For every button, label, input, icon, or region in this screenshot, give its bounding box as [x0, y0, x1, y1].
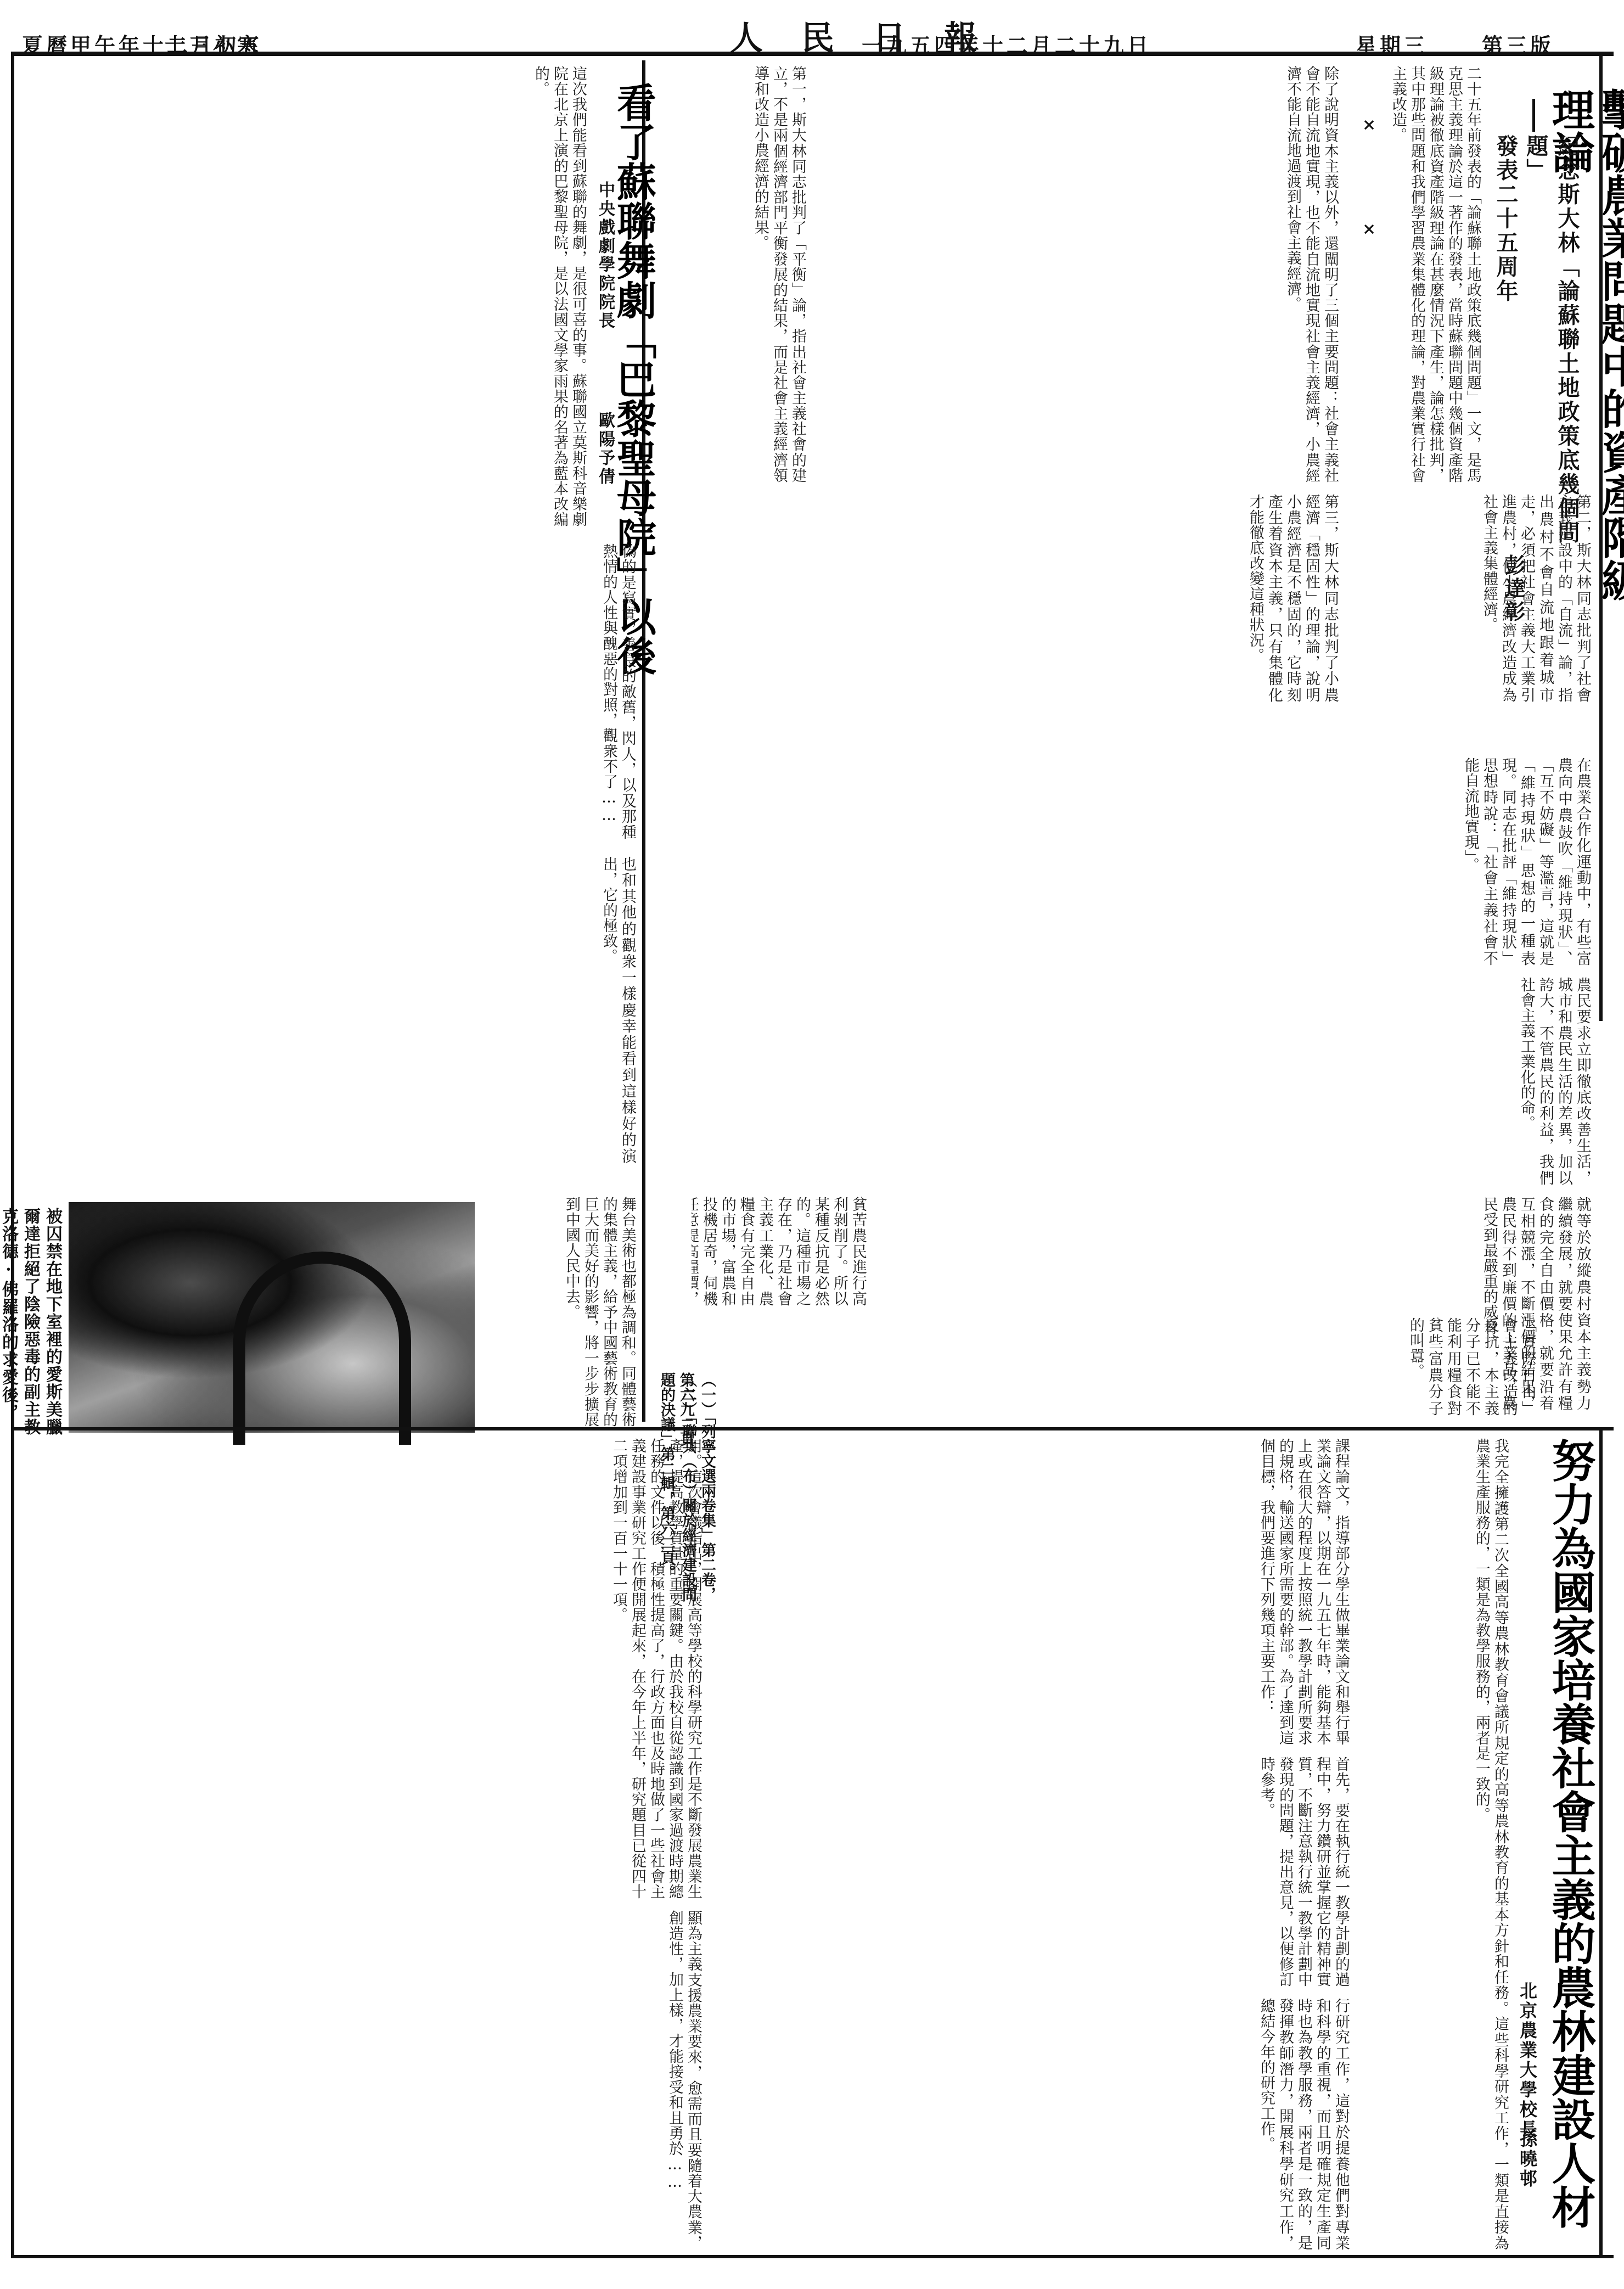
main-article-body-6: 農民要求立即徹底改善生活，城市和農民生活的差異，加以誇大，不管農民的利益，我們社…: [692, 977, 1592, 1186]
main-article-body-3: 第二，斯大林同志批判了社會主義建設中的「自流」論，指出農村不會自流地跟着城市走，…: [1345, 494, 1592, 703]
education-author: 孫曉邨: [1515, 2130, 1540, 2189]
main-article-body-4: 第三，斯大林同志批判了小農經濟「穩固性」的理論，說明小農經濟是不穩固的，它時刻產…: [692, 494, 1339, 703]
main-article-body-2: 第一，斯大林同志批判了「平衡」論，指出社會主義社會的建立，不是兩個經濟部門平衡發…: [692, 66, 807, 483]
main-article-subtitle: 紀念斯大林「論蘇聯土地政策底幾個問題」: [1520, 134, 1583, 552]
page-left-rule: [11, 55, 14, 2256]
ballet-photo: [69, 1202, 475, 1433]
ballet-author-affiliation: 中央戲劇學院院長: [593, 181, 617, 401]
main-article-body-1: 除了說明資本主義以外，還闡明了三個主要問題：社會主義社會不能自流地實現，也不能自…: [812, 66, 1339, 483]
separator-x: ×: [1362, 220, 1376, 239]
education-article-body-4: 行研究工作，這對於提養他們對專業和科學的重視，而且明確規定生產同時也為教學服務，…: [713, 1998, 1350, 2251]
ballet-article-body-2: 偽的是寫實，善良的敵舊，閃人，以及那種熱情的人性與醜惡的對照，觀衆不了……: [16, 543, 637, 840]
education-article-frame: [1599, 1427, 1603, 2256]
education-article-body-5: 用。這次會議指出，開展高等學校的科學研究工作是不斷發展農業生產，提高教學質量的重…: [22, 1438, 703, 1899]
masthead-rule: [11, 52, 1614, 56]
ballet-author: 歐陽予倩: [593, 412, 617, 486]
education-article-body-6: 顯為主義支援農業要來，愈需而且要隨着大農業，創造性，加上樣，才能接受和且勇於……: [22, 1910, 703, 2251]
education-article-body-3: 首先，要在執行統一教學計劃的過程中，努力鑽研並掌握它的精神實質，不斷注意執行統一…: [713, 1757, 1350, 1987]
education-article-body-2: 課程論文，指導部分學生做畢業論文和舉行畢業論文答辯，以期在一九五七年時，能夠基本…: [713, 1438, 1350, 1746]
main-article-body-9: 「實際自由」會主義改造的反抗，本主義分子已不能不能利用糧食對貧些富農分子的叫囂。: [1262, 1317, 1537, 1416]
education-article-title: 努力為國家培養社會主義的農林建設人材: [1545, 1438, 1595, 2262]
subtitle-dash: [1532, 99, 1535, 132]
ballet-article-body-4: 舞台美術也都極為調和。同體藝術的集體主義，給予中國藝術教育的巨大而美好的影響，將…: [483, 1197, 637, 1427]
page-bottom-rule: [11, 2255, 1614, 2258]
education-author-affiliation: 北京農業大學校長: [1515, 1982, 1540, 2140]
separator-x: ×: [1362, 115, 1376, 134]
ballet-photo-caption: 被囚禁在地下室裡的愛斯美臘爾達拒絕了陰險惡毒的副主教克洛德·佛羅洛的求愛後，克洛…: [14, 1208, 63, 1438]
section-rule-bottom: [11, 1427, 1614, 1430]
masthead: 夏曆甲午年十二月初五 十三小寒 人民日報 一九五四年十二月二十九日 星期三 第三…: [0, 0, 1624, 49]
ballet-article-body-3: 也和其他的觀衆一樣慶幸能看到這樣好的演出，它的極致。: [16, 856, 637, 1164]
main-article-subtitle-2: 發表二十五周年: [1490, 134, 1521, 310]
ballet-article-body-1: 這次我們能看到蘇聯的舞劇，是很可喜的事。蘇聯國立莫斯科音樂劇院在北京上演的巴黎聖…: [16, 66, 587, 527]
education-article-body-1: 我完全擁護第二次全國高等農林教育會議所規定的高等農林教育的基本方針和任務。這些科…: [1361, 1438, 1509, 2251]
main-article-body-5: 在農業合作化運動中，有些富農向中農鼓吹「維持現狀」、「互不妨礙」等濫言，這就是「…: [692, 758, 1592, 966]
main-article-body-8: 貧苦農民進行高利剝削了。所以某種反抗是必然的。這種市場之存在，乃是社會主義工業化…: [692, 1197, 867, 1306]
photo-archway: [233, 1252, 411, 1445]
